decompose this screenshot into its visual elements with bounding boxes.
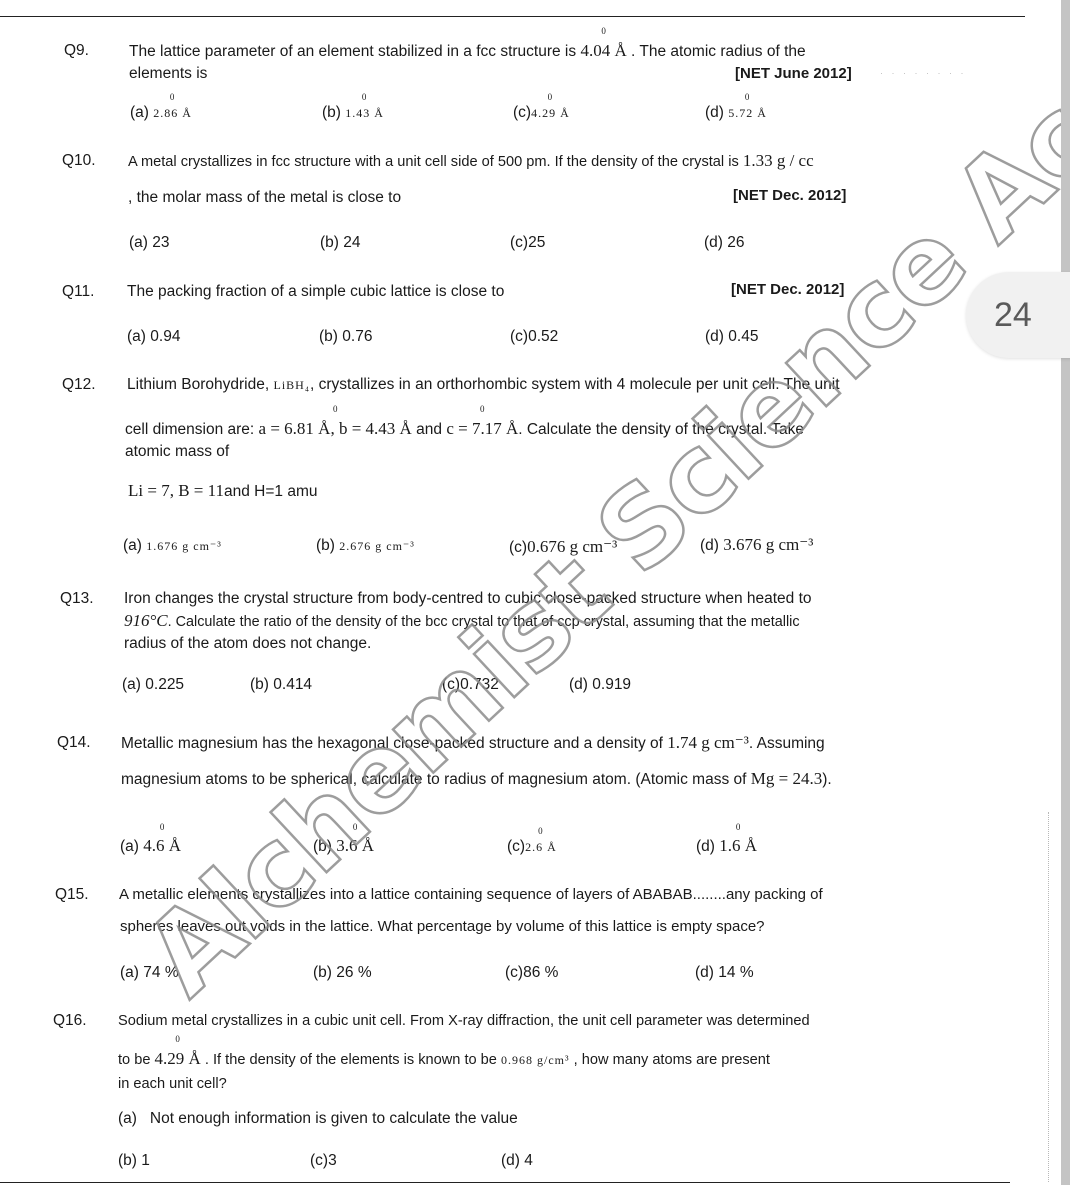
exam-tag: [NET Dec. 2012]	[731, 281, 844, 298]
option-a[interactable]: (a) 1.676 g cm⁻³	[123, 537, 222, 555]
question-text: Sodium metal crystallizes in a cubic uni…	[118, 1010, 810, 1032]
option-b[interactable]: (b) 24	[320, 234, 361, 252]
option-c[interactable]: (c)0.52	[510, 328, 558, 346]
lattice-value: 4.04 Å	[580, 40, 626, 62]
question-text: Lithium Borohydride, LiBH₄, crystallizes…	[127, 374, 897, 396]
question-text: The packing fraction of a simple cubic l…	[127, 281, 504, 303]
option-a[interactable]: (a) Not enough information is given to c…	[118, 1110, 518, 1128]
page-number-badge: 24	[966, 272, 1070, 358]
option-a[interactable]: (a) 23	[129, 234, 170, 252]
question-number: Q15.	[55, 884, 89, 906]
exam-tag: [NET Dec. 2012]	[733, 187, 846, 204]
document-page: · · · · · · · · Q9. The lattice paramete…	[0, 0, 1061, 1185]
question-number: Q9.	[64, 40, 89, 62]
page-edge	[1048, 812, 1049, 1182]
option-d[interactable]: (d) 0.919	[569, 676, 631, 694]
option-c[interactable]: (c)2.6 Å	[507, 838, 557, 856]
question-number: Q16.	[53, 1010, 87, 1032]
option-b[interactable]: (b) 1.43 Å	[322, 104, 384, 122]
option-d[interactable]: (d) 1.6 Å	[696, 836, 757, 856]
option-d[interactable]: (d) 3.676 g cm⁻³	[700, 535, 813, 555]
option-c[interactable]: (c)3	[310, 1152, 337, 1170]
question-number: Q11.	[62, 281, 94, 303]
option-d[interactable]: (d) 5.72 Å	[705, 104, 767, 122]
question-text: Iron changes the crystal structure from …	[124, 588, 899, 655]
option-d[interactable]: (d) 4	[501, 1152, 533, 1170]
option-a[interactable]: (a) 0.94	[127, 328, 180, 346]
option-a[interactable]: (a) 4.6 Å	[120, 836, 181, 856]
question-number: Q10.	[62, 150, 96, 172]
option-c[interactable]: (c)86 %	[505, 964, 558, 982]
scrollbar[interactable]	[1061, 0, 1070, 1185]
question-text: A metal crystallizes in fcc structure wi…	[128, 150, 908, 173]
option-c[interactable]: (c)25	[510, 234, 545, 252]
option-a[interactable]: (a) 0.225	[122, 676, 184, 694]
question-number: Q12.	[62, 374, 96, 396]
question-text: A metallic elements crystallizes into a …	[119, 884, 823, 906]
question-number: Q13.	[60, 588, 94, 610]
option-b[interactable]: (b) 2.676 g cm⁻³	[316, 537, 415, 555]
option-a[interactable]: (a) 2.86 Å	[130, 104, 192, 122]
option-d[interactable]: (d) 0.45	[705, 328, 758, 346]
option-d[interactable]: (d) 26	[704, 234, 745, 252]
exam-tag: [NET June 2012]	[735, 65, 852, 82]
option-d[interactable]: (d) 14 %	[695, 964, 754, 982]
question-number: Q14.	[57, 732, 91, 754]
top-rule	[0, 16, 1025, 17]
option-b[interactable]: (b) 0.414	[250, 676, 312, 694]
option-c[interactable]: (c)0.732	[442, 676, 499, 694]
option-b[interactable]: (b) 1	[118, 1152, 150, 1170]
option-c[interactable]: (c)4.29 Å	[513, 104, 570, 122]
option-c[interactable]: (c)0.676 g cm⁻³	[509, 537, 617, 557]
option-b[interactable]: (b) 0.76	[319, 328, 372, 346]
question-text: Metallic magnesium has the hexagonal clo…	[121, 732, 891, 755]
option-b[interactable]: (b) 26 %	[313, 964, 372, 982]
option-b[interactable]: (b) 3.6 Å	[313, 836, 374, 856]
option-a[interactable]: (a) 74 %	[120, 964, 179, 982]
bottom-rule	[0, 1182, 1010, 1183]
